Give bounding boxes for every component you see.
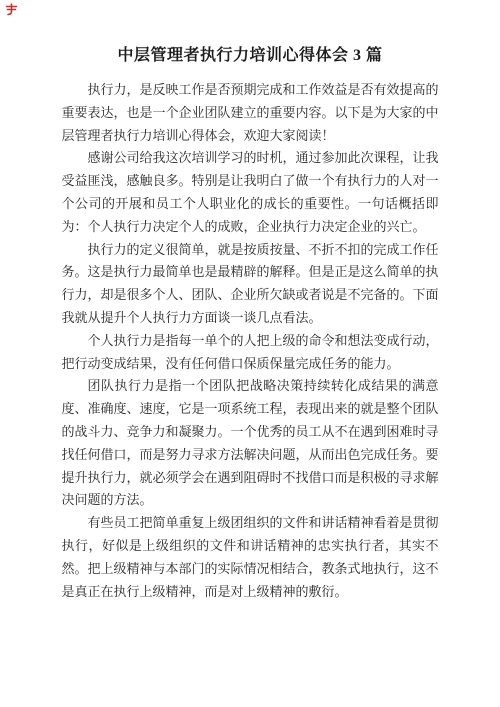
document-title: 中层管理者执行力培训心得体会 3 篇 [0, 0, 500, 68]
paragraph-definition: 执行力的定义很简单，就是按质按量、不折不扣的完成工作任务。这是执行力最简单也是最… [62, 239, 439, 330]
paragraph-employees: 有些员工把简单重复上级团组织的文件和讲话精神看着是贯彻执行，好似是上级组织的文件… [62, 512, 439, 603]
paragraph-intro: 执行力，是反映工作是否预期完成和工作效益是否有效提高的重要表达，也是一个企业团队… [62, 79, 439, 147]
red-corner-mark-icon [5, 3, 18, 16]
document-body: 执行力，是反映工作是否预期完成和工作效益是否有效提高的重要表达，也是一个企业团队… [62, 79, 439, 603]
paragraph-personal: 个人执行力是指每一单个的人把上级的命令和想法变成行动，把行动变成结果，没有任何借… [62, 330, 439, 376]
paragraph-team: 团队执行力是指一个团队把战略决策持续转化成结果的满意度、准确度、速度，它是一项系… [62, 375, 439, 512]
document-page: 中层管理者执行力培训心得体会 3 篇 执行力，是反映工作是否预期完成和工作效益是… [0, 0, 500, 707]
paragraph-thanks: 感谢公司给我这次培训学习的时机，通过参加此次课程，让我受益匪浅，感触良多。特别是… [62, 147, 439, 238]
